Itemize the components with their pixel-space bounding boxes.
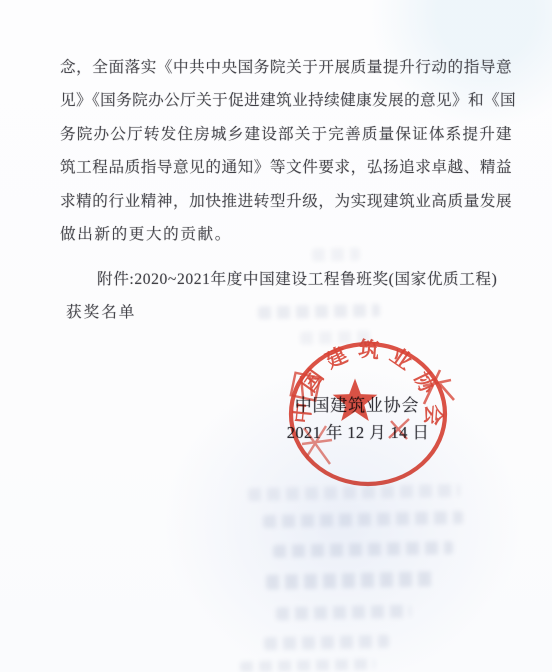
body-text-line: 做出新的更大的贡献。: [60, 218, 512, 251]
bleed-through-line: [273, 541, 453, 558]
bleed-through-line: [263, 511, 463, 528]
seal-ghost-mark-over-date: [389, 419, 409, 439]
body-text-line: 见》《国务院办公厅关于促进建筑业持续健康发展的意见》和《国: [60, 84, 512, 117]
seal-ghost-mark-lower-left: [302, 426, 332, 464]
scanned-document-page: 念，全面落实《中共中央国务院关于开展质量提升行动的指导意 见》《国务院办公厅关于…: [0, 0, 552, 672]
seal-ring-text: 中国建筑业协会: [290, 337, 446, 435]
body-text-line: 念，全面落实《中共中央国务院关于开展质量提升行动的指导意: [60, 51, 512, 84]
official-seal-stamp: 中国建筑业协会: [272, 328, 464, 500]
body-paragraph: 念，全面落实《中共中央国务院关于开展质量提升行动的指导意 见》《国务院办公厅关于…: [60, 51, 512, 251]
attachment-line: 附件:2020~2021年度中国建设工程鲁班奖(国家优质工程): [60, 263, 512, 296]
body-text-line: 筑工程品质指导意见的通知》等文件要求，弘扬追求卓越、精益: [60, 151, 512, 184]
bleed-through-line: [266, 571, 436, 590]
svg-text:中国建筑业协会: 中国建筑业协会: [290, 337, 446, 435]
star-icon: [333, 379, 378, 422]
bleed-through-line: [276, 605, 411, 621]
attachment-reference: 附件:2020~2021年度中国建设工程鲁班奖(国家优质工程) 获奖名单: [60, 263, 512, 330]
attachment-line: 获奖名单: [66, 296, 512, 329]
body-text-line: 求精的行业精神，加快推进转型升级，为实现建筑业高质量发展: [60, 185, 512, 218]
bleed-through-line: [264, 635, 389, 651]
bleed-through-line: [240, 659, 375, 672]
body-text-line: 务院办公厅转发住房城乡建设部关于完善质量保证体系提升建: [60, 118, 512, 151]
